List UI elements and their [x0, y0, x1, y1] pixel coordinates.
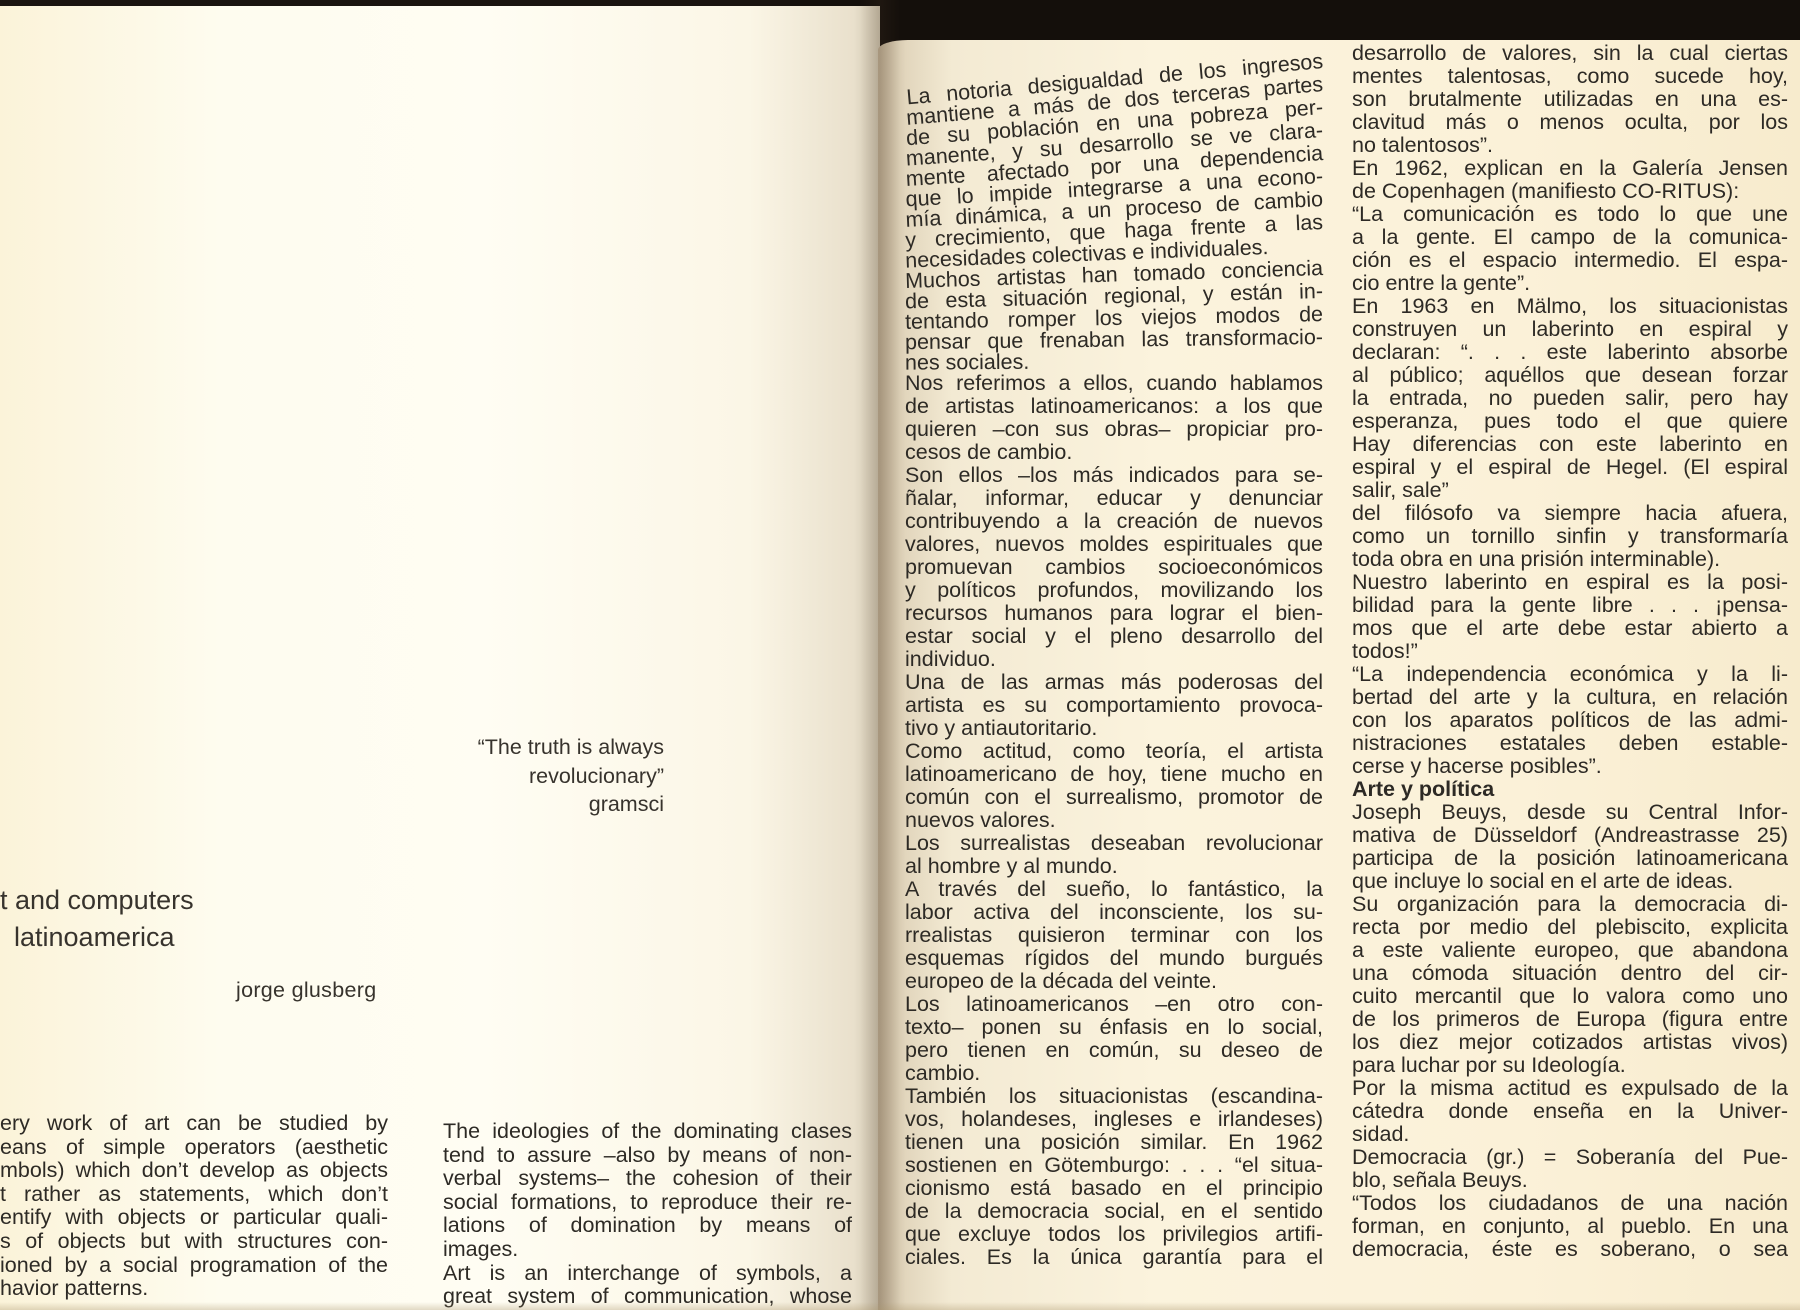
text-line: esquemas rígidos del mundo burgués [905, 947, 1323, 970]
text-line: Una de las armas más poderosas del [905, 671, 1323, 694]
text-line: para luchar por su Ideología. [1352, 1054, 1788, 1077]
text-line: “La independencia económica y la li- [1352, 663, 1788, 686]
text-line: recursos humanos para lograr el bien- [905, 602, 1323, 625]
text-line: Como actitud, como teoría, el artista [905, 740, 1323, 763]
title-line-2: latinoamerica [0, 919, 194, 956]
text-line: los diez mejor cotizados artistas vivos) [1352, 1031, 1788, 1054]
text-line: mbols) which don’t develop as objects [0, 1159, 388, 1183]
text-line: Son ellos –los más indicados para se- [905, 464, 1323, 487]
text-line: todos!” [1352, 640, 1788, 663]
text-line: sostienen en Götemburgo: . . . “el situa… [905, 1154, 1323, 1177]
text-line: s of objects but with structures con- [0, 1230, 388, 1254]
text-line: Arte y política [1352, 778, 1788, 801]
text-line: esperanza, pues todo el que quiere [1352, 410, 1788, 433]
author-name: jorge glusberg [236, 978, 376, 1003]
text-line: nistraciones estatales deben estable- [1352, 732, 1788, 755]
text-line: entify with objects or particular quali- [0, 1206, 388, 1230]
text-line: valores, nuevos moldes espirituales que [905, 533, 1323, 556]
text-line: images. [443, 1238, 852, 1262]
text-line: de Copenhagen (manifiesto CO-RITUS): [1352, 180, 1788, 203]
text-line: y políticos profundos, movilizando los [905, 579, 1323, 602]
text-line: toda obra en una prisión interminable). [1352, 548, 1788, 571]
text-line: En 1963 en Mälmo, los situacionistas [1352, 295, 1788, 318]
book-gutter [860, 0, 900, 1310]
text-line: cio entre la gente”. [1352, 272, 1788, 295]
text-line: nuevos valores. [905, 809, 1323, 832]
text-line: quieren –con sus obras– propiciar pro- [905, 418, 1323, 441]
text-line: Joseph Beuys, desde su Central Infor- [1352, 801, 1788, 824]
text-line: The ideologies of the dominating clases [443, 1120, 852, 1144]
epigraph-line-1: “The truth is always [430, 733, 664, 762]
text-line: forman, en conjunto, al pueblo. En una [1352, 1215, 1788, 1238]
text-line: “Todos los ciudadanos de una nación [1352, 1192, 1788, 1215]
text-line: de la democracia social, en el sentido [905, 1200, 1323, 1223]
text-line: declaran: “. . . este laberinto absorbe [1352, 341, 1788, 364]
text-line: la entrada, no pueden salir, pero hay [1352, 387, 1788, 410]
text-line: bilidad para la gente libre . . . ¡pensa… [1352, 594, 1788, 617]
text-line: También los situacionistas (escandina- [905, 1085, 1323, 1108]
text-line: Nos referimos a ellos, cuando hablamos [905, 372, 1323, 395]
text-line: mativa de Düsseldorf (Andreastrasse 25) [1352, 824, 1788, 847]
text-line: europeo de la década del veinte. [905, 970, 1323, 993]
text-line: Los latinoamericanos –en otro con- [905, 993, 1323, 1016]
text-line: desarrollo de valores, sin la cual ciert… [1352, 42, 1788, 65]
epigraph: “The truth is always revolucionary” gram… [430, 733, 664, 819]
text-line: participa de la posición latinoamericana [1352, 847, 1788, 870]
text-line: tienen una posición similar. En 1962 [905, 1131, 1323, 1154]
text-line: son brutalmente utilizadas en una es- [1352, 88, 1788, 111]
text-line: recta por medio del plebiscito, explicit… [1352, 916, 1788, 939]
text-line: blo, señala Beuys. [1352, 1169, 1788, 1192]
text-line: individuo. [905, 648, 1323, 671]
text-line: Nuestro laberinto en espiral es la posi- [1352, 571, 1788, 594]
text-line: Democracia (gr.) = Soberanía del Pue- [1352, 1146, 1788, 1169]
text-line: pero tienen en común, su deseo de [905, 1039, 1323, 1062]
text-line: havior patterns. [0, 1277, 388, 1301]
text-line: de los primeros de Europa (figura entre [1352, 1008, 1788, 1031]
text-line: social formations, to reproduce their re… [443, 1191, 852, 1215]
text-line: lations of domination by means of [443, 1214, 852, 1238]
left-page-column-2: The ideologies of the dominating clasest… [443, 1120, 852, 1309]
book-spread: t and computers latinoamerica jorge glus… [0, 0, 1800, 1310]
text-line: ciales. Es la única garantía para el [905, 1246, 1323, 1269]
text-line: Hay diferencias con este laberinto en [1352, 433, 1788, 456]
text-line: mos que el arte debe estar abierto a [1352, 617, 1788, 640]
text-line: una cómoda situación dentro del cir- [1352, 962, 1788, 985]
text-line: labor activa del inconsciente, los su- [905, 901, 1323, 924]
left-page-column-1: ery work of art can be studied byeans of… [0, 1112, 388, 1301]
text-line: promuevan cambios socioeconómicos [905, 556, 1323, 579]
text-line: rrealistas quisieron terminar con los [905, 924, 1323, 947]
text-line: no talentosos”. [1352, 134, 1788, 157]
right-page-column-2: desarrollo de valores, sin la cual ciert… [1352, 42, 1788, 1261]
text-line: a este valiente europeo, que abandona [1352, 939, 1788, 962]
background-behind-book [790, 0, 1800, 40]
epigraph-attribution: gramsci [430, 790, 664, 819]
text-line: texto– ponen su énfasis en lo social, [905, 1016, 1323, 1039]
text-line: tivo y antiautoritario. [905, 717, 1323, 740]
text-line: ción es el espacio intermedio. El espa- [1352, 249, 1788, 272]
page-bottom-edge [0, 1302, 1800, 1310]
text-line: mentes talentosas, como sucede hoy, [1352, 65, 1788, 88]
text-line: sidad. [1352, 1123, 1788, 1146]
text-line: cátedra donde enseña en la Univer- [1352, 1100, 1788, 1123]
text-line: contribuyendo a la creación de nuevos [905, 510, 1323, 533]
text-line: como un tornillo sinfin y transformaría [1352, 525, 1788, 548]
text-line: que incluye lo social en el arte de idea… [1352, 870, 1788, 893]
text-line: del filósofo va siempre hacia afuera, [1352, 502, 1788, 525]
text-line: ioned by a social programation of the [0, 1254, 388, 1278]
text-line: En 1962, explican en la Galería Jensen [1352, 157, 1788, 180]
text-line: ñalar, informar, educar y denunciar [905, 487, 1323, 510]
epigraph-line-2: revolucionary” [430, 762, 664, 791]
text-line: Por la misma actitud es expulsado de la [1352, 1077, 1788, 1100]
text-line: construyen un laberinto en espiral y [1352, 318, 1788, 341]
text-line: salir, sale” [1352, 479, 1788, 502]
text-line: cuito mercantil que lo valora como uno [1352, 985, 1788, 1008]
article-title: t and computers latinoamerica [0, 882, 194, 956]
text-line: con los aparatos políticos de las admi- [1352, 709, 1788, 732]
text-line: latinoamericano de hoy, tiene mucho en [905, 763, 1323, 786]
text-line: tend to assure –also by means of non- [443, 1144, 852, 1168]
text-line: A través del sueño, lo fantástico, la [905, 878, 1323, 901]
text-line: clavitud más o menos oculta, por los [1352, 111, 1788, 134]
text-line: Los surrealistas deseaban revolucionar [905, 832, 1323, 855]
text-line: al público; aquéllos que desean forzar [1352, 364, 1788, 387]
text-line: democracia, éste es soberano, o sea [1352, 1238, 1788, 1261]
text-line: al hombre y al mundo. [905, 855, 1323, 878]
text-line: cesos de cambio. [905, 441, 1323, 464]
text-line: ery work of art can be studied by [0, 1112, 388, 1136]
text-line: espiral y el espiral de Hegel. (El espir… [1352, 456, 1788, 479]
text-line: Art is an interchange of symbols, a [443, 1262, 852, 1286]
text-line: de artistas latinoamericanos: a los que [905, 395, 1323, 418]
text-line: a la gente. El campo de la comunica- [1352, 226, 1788, 249]
text-line: nes sociales. [905, 349, 1323, 375]
text-line: t rather as statements, which don’t [0, 1183, 388, 1207]
right-page-column-1: La notoria desigualdad de los ingresosma… [905, 50, 1323, 1269]
text-line: Su organización para la democracia di- [1352, 893, 1788, 916]
title-line-1: t and computers [0, 882, 194, 919]
text-line: vos, holandeses, ingleses e irlandeses) [905, 1108, 1323, 1131]
text-line: cionismo está basado en el principio [905, 1177, 1323, 1200]
text-line: artista es su comportamiento provoca- [905, 694, 1323, 717]
text-line: eans of simple operators (aesthetic [0, 1136, 388, 1160]
text-line: estar social y el pleno desarrollo del [905, 625, 1323, 648]
text-line: verbal systems– the cohesion of their [443, 1167, 852, 1191]
text-line: cambio. [905, 1062, 1323, 1085]
text-line: cerse y hacerse posibles”. [1352, 755, 1788, 778]
text-line: que excluye todos los privilegios artifi… [905, 1223, 1323, 1246]
text-line: bertad del arte y la cultura, en relació… [1352, 686, 1788, 709]
text-line: “La comunicación es todo lo que une [1352, 203, 1788, 226]
text-line: común con el surrealismo, promotor de [905, 786, 1323, 809]
